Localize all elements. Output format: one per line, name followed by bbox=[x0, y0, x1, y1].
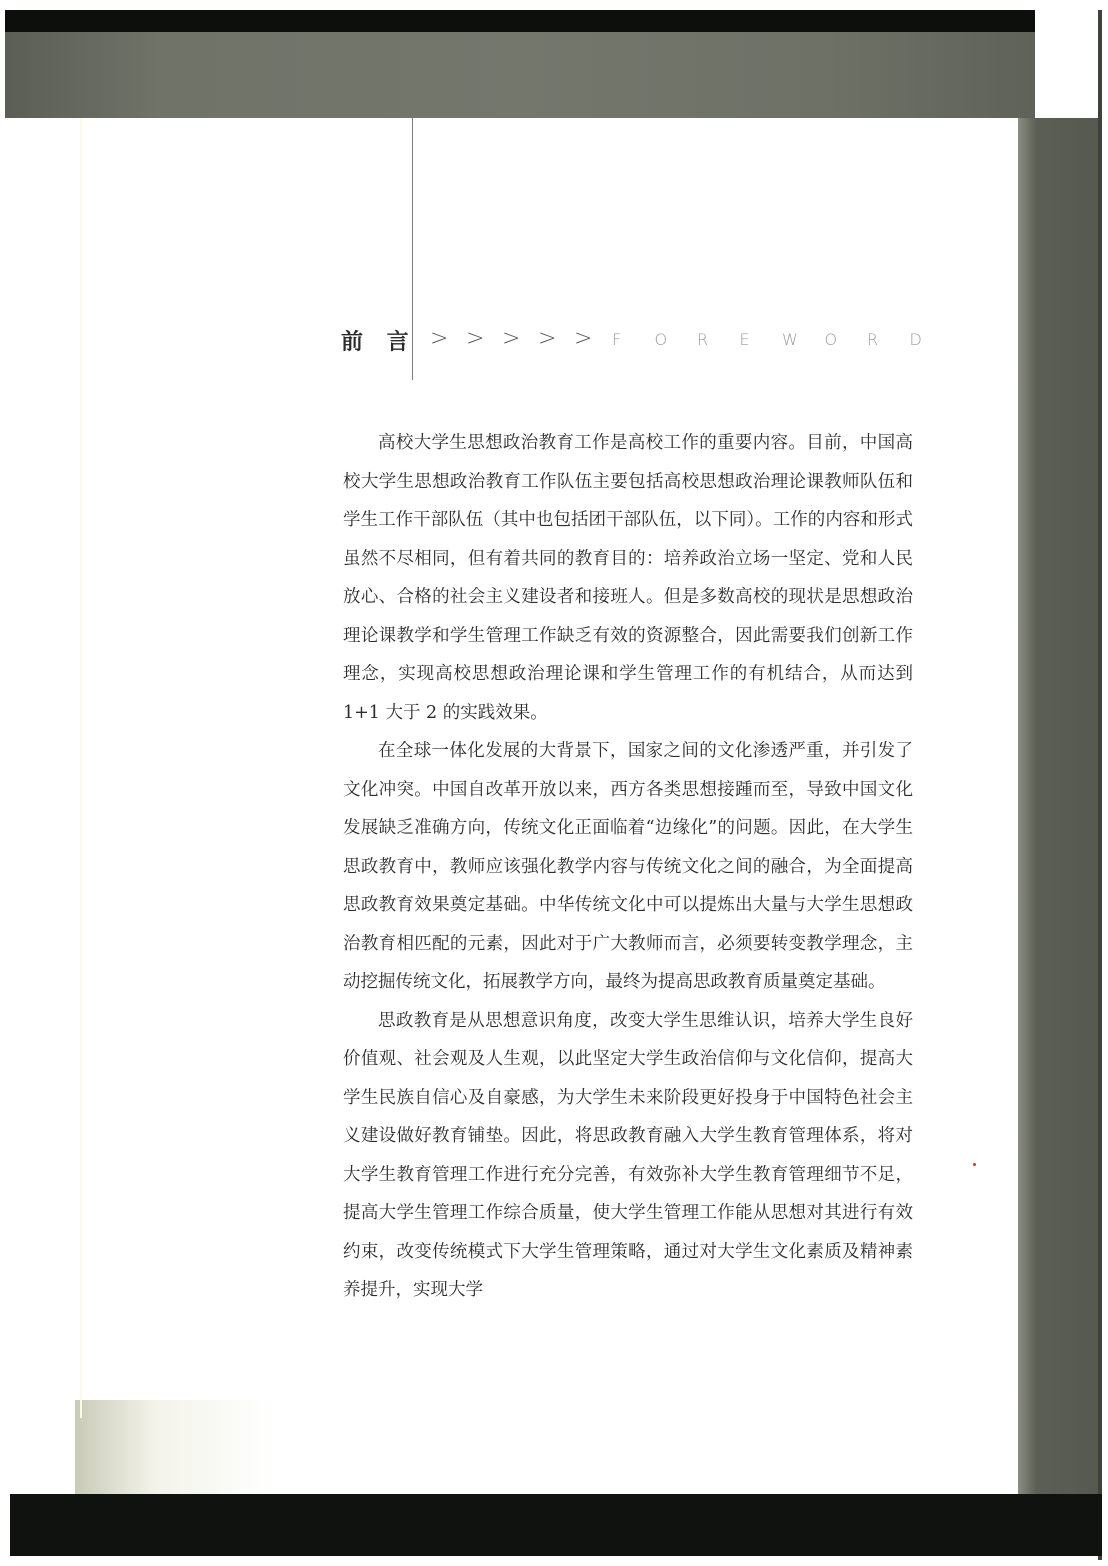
scan-border-top bbox=[5, 10, 1035, 34]
section-title-cn: 前 言 bbox=[341, 325, 417, 356]
title-letter: F bbox=[612, 330, 655, 349]
section-title-en: F O R E W O R D bbox=[612, 330, 952, 349]
title-letter: D bbox=[910, 330, 953, 349]
paragraph: 在全球一体化发展的大背景下，国家之间的文化渗透严重，并引发了文化冲突。中国自改革… bbox=[343, 732, 913, 1002]
scan-background-top bbox=[5, 32, 1035, 120]
title-letter: E bbox=[740, 330, 783, 349]
paragraph: 思政教育是从思想意识角度，改变大学生思维认识，培养大学生良好价值观、社会观及人生… bbox=[343, 1002, 913, 1310]
body-text: 高校大学生思想政治教育工作是高校工作的重要内容。目前，中国高校大学生思想政治教育… bbox=[343, 424, 913, 1310]
chevron-right-icon: > bbox=[574, 326, 594, 351]
title-letter: O bbox=[825, 330, 868, 349]
scan-border-right bbox=[1098, 10, 1102, 1560]
chevron-right-icon: > bbox=[430, 326, 450, 351]
scan-background-right bbox=[1018, 118, 1102, 1498]
paragraph: 高校大学生思想政治教育工作是高校工作的重要内容。目前，中国高校大学生思想政治教育… bbox=[343, 424, 913, 732]
scan-border-bottom bbox=[10, 1494, 1102, 1556]
chevron-right-icon: > bbox=[466, 326, 486, 351]
chevron-right-icon: > bbox=[538, 326, 558, 351]
chevron-row: > > > > > bbox=[430, 326, 594, 351]
page-gutter bbox=[80, 118, 82, 1418]
chevron-right-icon: > bbox=[502, 326, 522, 351]
title-letter: O bbox=[655, 330, 698, 349]
title-letter: R bbox=[697, 330, 740, 349]
page-curl-shadow bbox=[75, 1400, 275, 1500]
section-header: 前 言 bbox=[341, 322, 417, 358]
scan-speck bbox=[973, 1163, 976, 1166]
title-letter: W bbox=[782, 330, 825, 349]
title-letter: R bbox=[867, 330, 910, 349]
